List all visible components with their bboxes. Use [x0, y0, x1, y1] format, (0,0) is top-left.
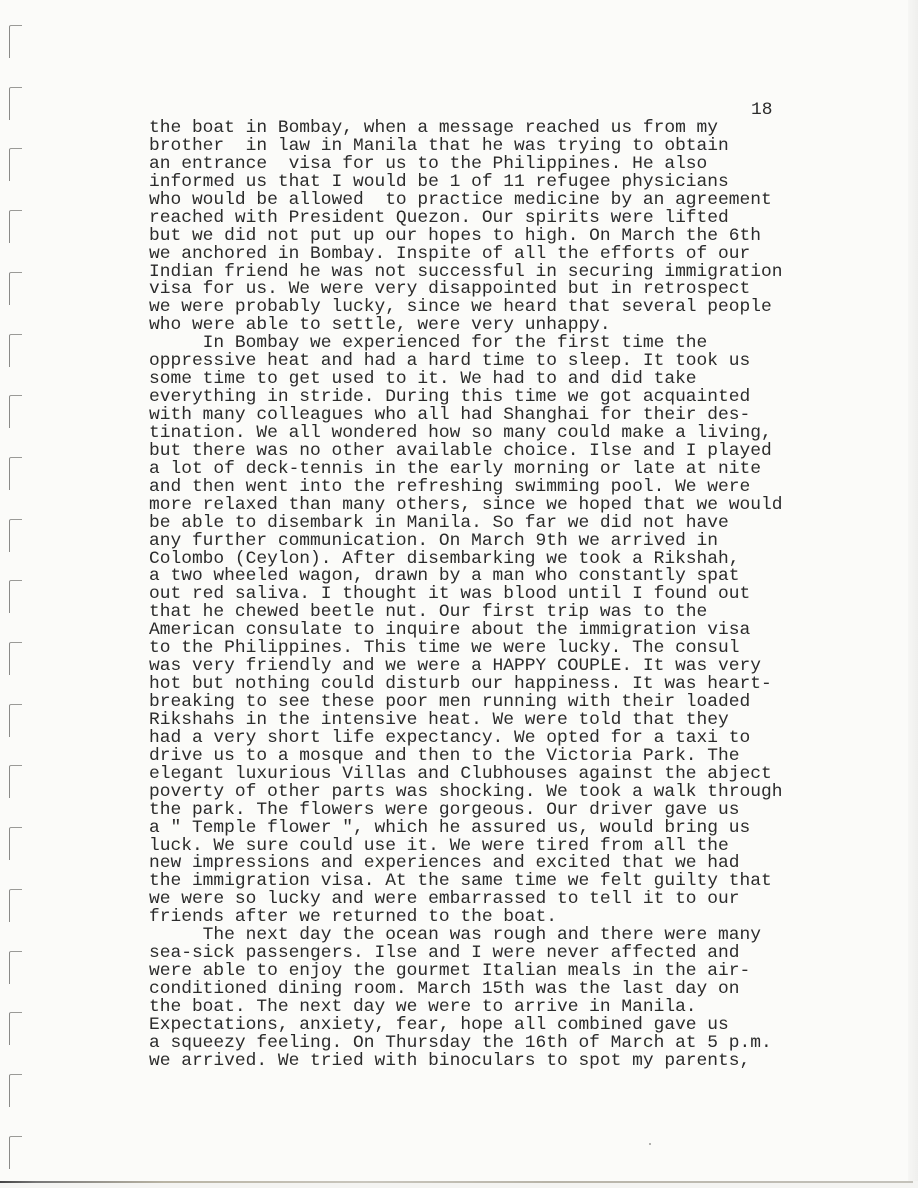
- binder-ring-mark: [9, 580, 22, 613]
- binder-ring-mark: [9, 334, 22, 367]
- page-number: 18: [751, 101, 772, 119]
- text-line: any further communication. On March 9th …: [149, 533, 782, 551]
- binder-ring-mark: [9, 395, 22, 428]
- text-line: we anchored in Bombay. Inspite of all th…: [149, 246, 782, 264]
- typewritten-body-text: the boat in Bombay, when a message reach…: [149, 120, 782, 1071]
- binder-ring-mark: [9, 25, 22, 58]
- binder-ring-mark: [9, 210, 22, 243]
- binder-ring-mark: [9, 148, 22, 181]
- text-line: more relaxed than many others, since we …: [149, 497, 782, 515]
- text-line: the park. The flowers were gorgeous. Our…: [149, 802, 782, 820]
- binder-ring-mark: [9, 704, 22, 737]
- binder-ring-mark: [9, 951, 22, 984]
- text-line: a " Temple flower ", which he assured us…: [149, 820, 782, 838]
- text-line: poverty of other parts was shocking. We …: [149, 784, 782, 802]
- page-edge-right: [908, 0, 918, 1188]
- binder-ring-marks: [0, 0, 30, 1188]
- text-line: reached with President Quezon. Our spiri…: [149, 210, 782, 228]
- binder-ring-mark: [9, 519, 22, 552]
- text-line: we arrived. We tried with binoculars to …: [149, 1053, 782, 1071]
- text-line: but we did not put up our hopes to high.…: [149, 228, 782, 246]
- binder-ring-mark: [9, 765, 22, 798]
- scan-speck: [649, 1143, 651, 1145]
- binder-ring-mark: [9, 457, 22, 490]
- text-line: who would be allowed to practice medicin…: [149, 192, 782, 210]
- binder-ring-mark: [9, 1012, 22, 1045]
- binder-ring-mark: [9, 1074, 22, 1107]
- binder-ring-mark: [9, 87, 22, 120]
- text-line: and then went into the refreshing swimmi…: [149, 479, 782, 497]
- binder-ring-mark: [9, 889, 22, 922]
- binder-ring-mark: [9, 827, 22, 860]
- text-line: elegant luxurious Villas and Clubhouses …: [149, 766, 782, 784]
- binder-ring-mark: [9, 272, 22, 305]
- text-line: be able to disembark in Manila. So far w…: [149, 515, 782, 533]
- binder-ring-mark: [9, 1136, 22, 1169]
- binder-ring-mark: [9, 642, 22, 675]
- page-edge-bottom: [0, 1181, 918, 1188]
